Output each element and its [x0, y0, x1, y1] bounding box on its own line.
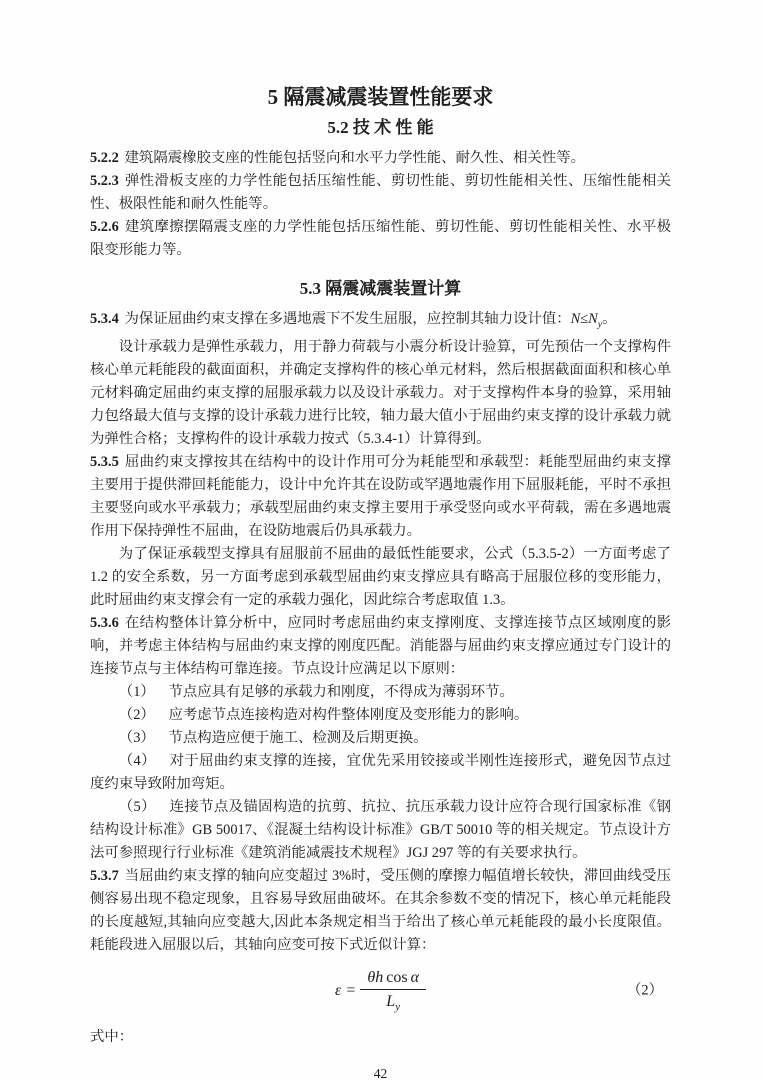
principle-5-text: 连接节点及锚固构造的抗剪、抗拉、抗压承载力设计应符合现行国家标准《钢结构设计标准… — [90, 799, 671, 861]
where-label: 式中： — [90, 1026, 671, 1049]
chapter-title: 5 隔震减震装置性能要求 — [90, 84, 671, 111]
page-number: 42 — [90, 1062, 671, 1080]
equation-2: ε=θhcosαLy （2） — [90, 968, 671, 1014]
clause-5-3-7-text: 当屈曲约束支撑的轴向应变超过 3%时，受压侧的摩擦力幅值增长较快，滞回曲线受压侧… — [90, 868, 671, 953]
principle-item-1: （1）节点应具有足够的承载力和刚度，不得成为薄弱环节。 — [90, 681, 671, 704]
fraction-denominator: Ly — [360, 990, 426, 1014]
principle-5-marker: （5） — [119, 799, 156, 815]
equals-sign: = — [346, 982, 355, 999]
fraction-numerator: θhcosα — [360, 968, 426, 990]
principle-3-text: 节点构造应便于施工、检测及后期更换。 — [168, 730, 427, 746]
principle-1-marker: （1） — [119, 684, 155, 700]
var-l-subscript: y — [395, 1001, 400, 1013]
clause-5-2-6-number: 5.2.6 — [90, 219, 119, 235]
clause-5-3-4: 5.3.4为保证屈曲约束支撑在多遇地震下不发生屈服，应控制其轴力设计值：N≤Ny… — [90, 308, 671, 336]
clause-5-2-3-number: 5.2.3 — [90, 173, 119, 189]
clause-5-3-5: 5.3.5屈曲约束支撑按其在结构中的设计作用可分为耗能型和承载型：耗能型屈曲约束… — [90, 451, 671, 543]
clause-5-2-3-text: 弹性滑板支座的力学性能包括压缩性能、剪切性能、剪切性能相关性、压缩性能相关性、极… — [90, 173, 671, 212]
fraction: θhcosαLy — [360, 968, 426, 1014]
principle-4-marker: （4） — [119, 753, 156, 769]
clause-5-2-2-number: 5.2.2 — [90, 150, 119, 166]
var-n: N — [571, 311, 581, 327]
para-load-bearing: 为了保证承载型支撑具有屈服前不屈曲的最低性能要求，公式（5.3.5-2）一方面考… — [90, 543, 671, 612]
cos-function: cos — [386, 969, 407, 986]
clause-5-2-2: 5.2.2建筑隔震橡胶支座的性能包括竖向和水平力学性能、耐久性、相关性等。 — [90, 147, 671, 170]
clause-5-3-5-text: 屈曲约束支撑按其在结构中的设计作用可分为耗能型和承载型：耗能型屈曲约束支撑主要用… — [90, 454, 671, 539]
principle-4-text: 对于屈曲约束支撑的连接，宜优先采用铰接或半刚性连接形式，避免因节点过度约束导致附… — [90, 753, 671, 792]
clause-5-3-7-number: 5.3.7 — [90, 868, 119, 884]
clause-5-3-4-number: 5.3.4 — [90, 311, 119, 327]
principle-3-marker: （3） — [119, 730, 155, 746]
var-ny-base: N — [588, 311, 598, 327]
equation-body: ε=θhcosαLy — [335, 982, 426, 999]
principle-item-5: （5）连接节点及锚固构造的抗剪、抗拉、抗压承载力设计应符合现行国家标准《钢结构设… — [90, 796, 671, 865]
section-5-2-title: 5.2 技 术 性 能 — [90, 116, 671, 140]
clause-5-3-4-text: 为保证屈曲约束支撑在多遇地震下不发生屈服，应控制其轴力设计值： — [125, 311, 571, 327]
clause-5-2-2-text: 建筑隔震橡胶支座的性能包括竖向和水平力学性能、耐久性、相关性等。 — [125, 150, 586, 166]
principle-1-text: 节点应具有足够的承载力和刚度，不得成为薄弱环节。 — [168, 684, 513, 700]
alpha-symbol: α — [411, 969, 419, 986]
equation-number: （2） — [627, 982, 663, 999]
clause-5-3-5-number: 5.3.5 — [90, 454, 119, 470]
section-5-3-title: 5.3 隔震减震装置计算 — [90, 277, 671, 301]
leq-operator: ≤ — [580, 311, 588, 327]
principle-item-4: （4）对于屈曲约束支撑的连接，宜优先采用铰接或半刚性连接形式，避免因节点过度约束… — [90, 750, 671, 796]
para-design-capacity: 设计承载力是弹性承载力，用于静力荷载与小震分析设计验算，可先预估一个支撑构件核心… — [90, 336, 671, 451]
clause-5-2-3: 5.2.3弹性滑板支座的力学性能包括压缩性能、剪切性能、剪切性能相关性、压缩性能… — [90, 170, 671, 216]
var-l-base: L — [386, 993, 395, 1010]
principle-2-marker: （2） — [119, 707, 155, 723]
document-page: 5 隔震减震装置性能要求 5.2 技 术 性 能 5.2.2建筑隔震橡胶支座的性… — [0, 0, 763, 1080]
clause-5-3-6-text: 在结构整体计算分析中，应同时考虑屈曲约束支撑刚度、支撑连接节点区域刚度的影响，并… — [90, 615, 671, 677]
clause-5-2-6-text: 建筑摩擦摆隔震支座的力学性能包括压缩性能、剪切性能、剪切性能相关性、水平极限变形… — [90, 219, 671, 258]
principle-2-text: 应考虑节点连接构造对构件整体刚度及变形能力的影响。 — [168, 707, 528, 723]
theta-h-vars: θh — [367, 969, 383, 986]
clause-5-3-7: 5.3.7当屈曲约束支撑的轴向应变超过 3%时，受压侧的摩擦力幅值增长较快，滞回… — [90, 865, 671, 957]
clause-5-3-6-number: 5.3.6 — [90, 615, 119, 631]
principle-item-2: （2）应考虑节点连接构造对构件整体刚度及变形能力的影响。 — [90, 704, 671, 727]
clause-5-3-6: 5.3.6在结构整体计算分析中，应同时考虑屈曲约束支撑刚度、支撑连接节点区域刚度… — [90, 612, 671, 681]
principle-item-3: （3）节点构造应便于施工、检测及后期更换。 — [90, 727, 671, 750]
epsilon-symbol: ε — [335, 982, 341, 999]
clause-5-2-6: 5.2.6建筑摩擦摆隔震支座的力学性能包括压缩性能、剪切性能、剪切性能相关性、水… — [90, 216, 671, 262]
clause-5-3-4-period: 。 — [602, 311, 616, 327]
